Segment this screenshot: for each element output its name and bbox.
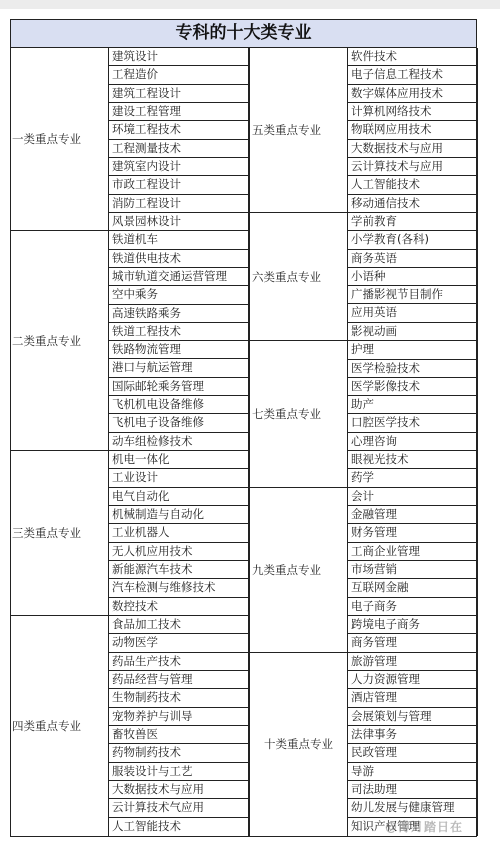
category-group: 三类重点专业机电一体化工业设计电气自动化机械制造与自动化工业机器人无人机应用技术… [11,451,249,616]
major-item: 人力资源管理 [348,671,478,689]
major-item: 国际邮轮乘务管理 [109,378,249,396]
major-item: 高速铁路乘务 [109,305,249,323]
major-item: 空中乘务 [109,286,249,304]
top-bar [0,0,500,9]
major-list: 学前教育小学教育(各科)商务英语小语种广播影视节目制作应用英语影视动画 [348,213,478,340]
category-label: 四类重点专业 [11,616,109,836]
major-item: 药学 [348,469,478,487]
major-item: 宠物养护与训导 [109,708,249,726]
major-item: 建筑室内设计 [109,158,249,176]
major-item: 工程测量技术 [109,140,249,158]
category-group: 六类重点专业学前教育小学教育(各科)商务英语小语种广播影视节目制作应用英语影视动… [249,213,478,341]
major-item: 药品生产技术 [109,653,249,671]
major-item: 动物医学 [109,634,249,652]
major-item: 电子商务 [348,598,478,616]
major-item: 计算机网络技术 [348,103,478,121]
category-group: 七类重点专业护理医学检验技术医学影像技术助产口腔医学技术心理咨询眼视光技术药学 [249,341,478,488]
category-label: 六类重点专业 [249,213,348,340]
major-item: 司法助理 [348,781,478,799]
major-item: 铁道供电技术 [109,250,249,268]
major-item: 港口与航运管理 [109,359,249,377]
major-item: 助产 [348,396,478,414]
major-item: 云计算技术与应用 [348,158,478,176]
major-list: 食品加工技术动物医学药品生产技术药品经营与管理生物制药技术宠物养护与训导畜牧兽医… [109,616,249,836]
major-list: 会计金融管理财务管理工商企业管理市场营销互联网金融电子商务跨境电子商务商务管理 [348,488,478,652]
major-item: 酒店管理 [348,689,478,707]
left-column-groups: 一类重点专业建筑设计工程造价建筑工程设计建设工程管理环境工程技术工程测量技术建筑… [11,48,249,836]
major-item: 工业设计 [109,469,249,487]
table-title: 专科的十大类专业 [11,20,476,48]
category-group: 五类重点专业软件技术电子信息工程技术数字媒体应用技术计算机网络技术物联网应用技术… [249,48,478,213]
major-item: 服装设计与工艺 [109,763,249,781]
major-item: 数字媒体应用技术 [348,85,478,103]
category-group: 九类重点专业会计金融管理财务管理工商企业管理市场营销互联网金融电子商务跨境电子商… [249,488,478,653]
major-item: 生物制药技术 [109,689,249,707]
category-label: 五类重点专业 [249,48,348,212]
major-item: 食品加工技术 [109,616,249,634]
major-item: 口腔医学技术 [348,414,478,432]
major-item: 动车组检修技术 [109,433,249,451]
watermark: @博月踏日在 [385,818,463,835]
major-item: 移动通信技术 [348,195,478,213]
major-item: 会计 [348,488,478,506]
major-item: 工商企业管理 [348,543,478,561]
major-item: 城市轨道交通运营管理 [109,268,249,286]
major-item: 眼视光技术 [348,451,478,469]
major-item: 电气自动化 [109,488,249,506]
category-label: 三类重点专业 [11,451,109,615]
major-item: 市场营销 [348,561,478,579]
category-group: 一类重点专业建筑设计工程造价建筑工程设计建设工程管理环境工程技术工程测量技术建筑… [11,48,249,231]
major-item: 导游 [348,763,478,781]
category-group: 二类重点专业铁道机车铁道供电技术城市轨道交通运营管理空中乘务高速铁路乘务铁道工程… [11,231,249,451]
major-item: 商务管理 [348,634,478,652]
major-item: 心理咨询 [348,433,478,451]
major-item: 铁道工程技术 [109,323,249,341]
major-item: 会展策划与管理 [348,708,478,726]
major-list: 铁道机车铁道供电技术城市轨道交通运营管理空中乘务高速铁路乘务铁道工程技术铁路物流… [109,231,249,450]
major-item: 民政管理 [348,744,478,762]
major-item: 财务管理 [348,524,478,542]
major-item: 广播影视节目制作 [348,286,478,304]
major-item: 工业机器人 [109,524,249,542]
major-list: 护理医学检验技术医学影像技术助产口腔医学技术心理咨询眼视光技术药学 [348,341,478,487]
major-item: 铁道机车 [109,231,249,249]
major-item: 无人机应用技术 [109,543,249,561]
major-item: 药品经营与管理 [109,671,249,689]
major-item: 电子信息工程技术 [348,66,478,84]
major-item: 风景园林设计 [109,213,249,231]
major-list: 软件技术电子信息工程技术数字媒体应用技术计算机网络技术物联网应用技术大数据技术与… [348,48,478,212]
majors-table: 专科的十大类专业 一类重点专业建筑设计工程造价建筑工程设计建设工程管理环境工程技… [10,19,477,837]
major-item: 医学影像技术 [348,378,478,396]
major-item: 大数据技术与应用 [109,781,249,799]
major-item: 大数据技术与应用 [348,140,478,158]
major-item: 环境工程技术 [109,121,249,139]
major-item: 机械制造与自动化 [109,506,249,524]
major-item: 应用英语 [348,304,478,322]
major-item: 工程造价 [109,66,249,84]
major-item: 法律事务 [348,726,478,744]
major-item: 金融管理 [348,506,478,524]
major-item: 幼儿发展与健康管理 [348,799,478,817]
major-item: 互联网金融 [348,579,478,597]
major-item: 数控技术 [109,598,249,616]
major-item: 软件技术 [348,48,478,66]
major-item: 商务英语 [348,250,478,268]
major-item: 护理 [348,341,478,359]
category-group: 十类重点专业旅游管理人力资源管理酒店管理会展策划与管理法律事务民政管理导游司法助… [249,653,478,836]
major-item: 畜牧兽医 [109,726,249,744]
category-group: 四类重点专业食品加工技术动物医学药品生产技术药品经营与管理生物制药技术宠物养护与… [11,616,249,836]
major-item: 人工智能技术 [109,818,249,836]
major-item: 学前教育 [348,213,478,231]
major-item: 机电一体化 [109,451,249,469]
category-label: 九类重点专业 [249,488,348,652]
category-label: 十类重点专业 [249,653,348,836]
major-item: 人工智能技术 [348,176,478,194]
major-item: 影视动画 [348,323,478,341]
major-item: 物联网应用技术 [348,121,478,139]
major-item: 飞机机电设备维修 [109,396,249,414]
major-item: 小学教育(各科) [348,231,478,249]
major-item: 新能源汽车技术 [109,561,249,579]
category-label: 七类重点专业 [249,341,348,487]
category-label: 一类重点专业 [11,48,109,230]
major-item: 云计算技术气应用 [109,799,249,817]
major-item: 旅游管理 [348,653,478,671]
major-item: 消防工程设计 [109,195,249,213]
major-item: 建筑设计 [109,48,249,66]
table-grid: 一类重点专业建筑设计工程造价建筑工程设计建设工程管理环境工程技术工程测量技术建筑… [11,48,476,836]
right-column-groups: 五类重点专业软件技术电子信息工程技术数字媒体应用技术计算机网络技术物联网应用技术… [249,48,478,836]
major-item: 建筑工程设计 [109,85,249,103]
major-list: 机电一体化工业设计电气自动化机械制造与自动化工业机器人无人机应用技术新能源汽车技… [109,451,249,615]
major-list: 旅游管理人力资源管理酒店管理会展策划与管理法律事务民政管理导游司法助理幼儿发展与… [348,653,478,836]
major-item: 药物制药技术 [109,744,249,762]
category-label: 二类重点专业 [11,231,109,450]
major-list: 建筑设计工程造价建筑工程设计建设工程管理环境工程技术工程测量技术建筑室内设计市政… [109,48,249,230]
major-item: 医学检验技术 [348,360,478,378]
major-item: 跨境电子商务 [348,616,478,634]
major-item: 小语种 [348,268,478,286]
major-item: 铁路物流管理 [109,341,249,359]
major-item: 市政工程设计 [109,176,249,194]
major-item: 建设工程管理 [109,103,249,121]
major-item: 汽车检测与维修技术 [109,579,249,597]
major-item: 飞机电子设备维修 [109,414,249,432]
